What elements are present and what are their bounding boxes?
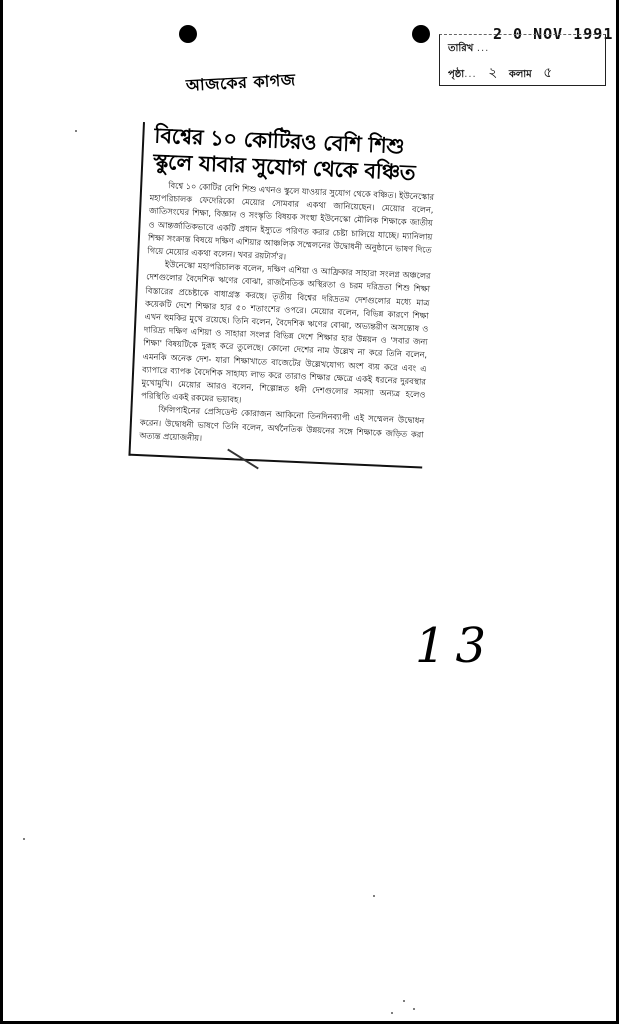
scanned-page: 2 0 NOV 1991 তারিখ ... পৃষ্ঠা... ২ কলাম … <box>3 0 616 1021</box>
stamp-date-row: তারিখ ... <box>448 41 489 58</box>
newspaper-clipping: বিশ্বের ১০ কোটিরও বেশি শিশু স্কুলে যাবার… <box>128 122 436 469</box>
stamp-column-label: কলাম <box>509 69 532 80</box>
article-headline: বিশ্বের ১০ কোটিরও বেশি শিশু স্কুলে যাবার… <box>153 123 437 187</box>
newspaper-name: আজকের কাগজ <box>185 67 296 100</box>
article-paragraph: ইউনেস্কো মহাপরিচালক বলেন, দক্ষিণ এশিয়া … <box>141 258 431 415</box>
handwritten-page-number: 13 <box>415 618 496 674</box>
scan-speck <box>403 1000 405 1002</box>
scan-speck <box>413 1008 415 1010</box>
stamp-column-value: ৫ <box>543 65 552 81</box>
punch-hole <box>412 25 430 43</box>
scan-speck <box>391 1012 393 1014</box>
scan-speck <box>75 130 77 132</box>
punch-hole <box>179 25 197 43</box>
article-paragraph: বিশ্বে ১০ কোটির বেশি শিশু এখনও স্কুলে যা… <box>147 178 434 270</box>
scan-speck <box>373 895 375 897</box>
scan-speck <box>23 838 25 840</box>
stamp-page-value: ২ <box>488 65 497 81</box>
stamp-date-label: তারিখ <box>448 43 473 54</box>
article-body: বিশ্বে ১০ কোটির বেশি শিশু এখনও স্কুলে যা… <box>139 178 434 454</box>
stamp-page-row: পৃষ্ঠা... ২ কলাম ৫ <box>448 61 560 85</box>
filing-stamp-box: তারিখ ... পৃষ্ঠা... ২ কলাম ৫ <box>439 34 606 86</box>
stamp-page-label: পৃষ্ঠা <box>448 69 464 80</box>
